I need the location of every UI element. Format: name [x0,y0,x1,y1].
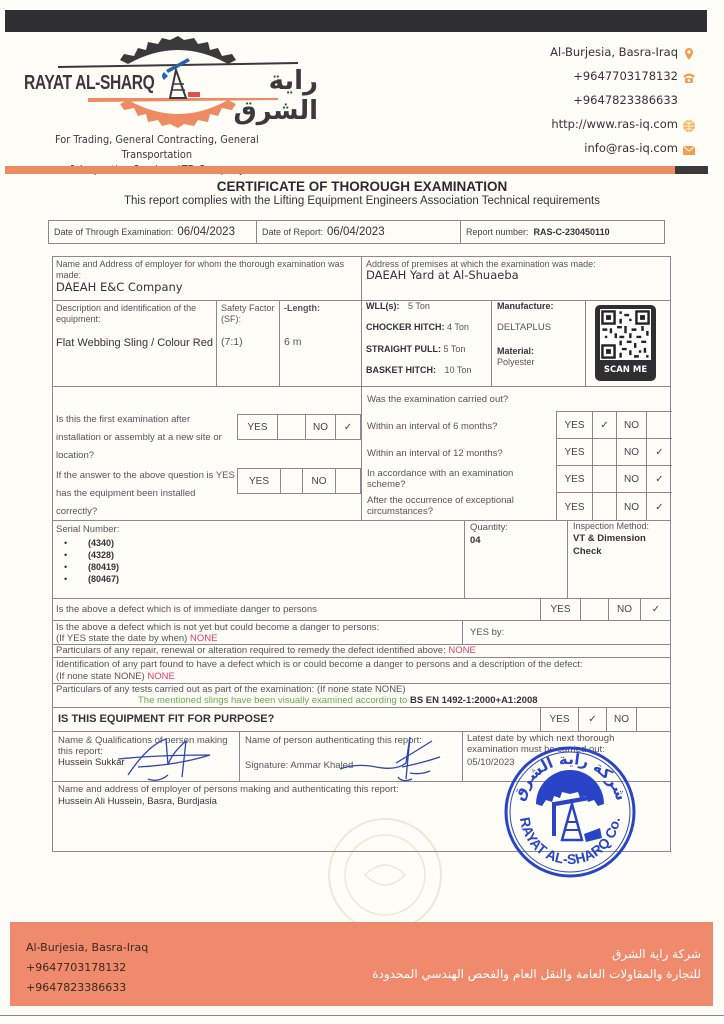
yes-checkbox[interactable]: ✓ [593,412,617,438]
yes-checkbox[interactable]: ✓ [579,707,607,731]
basket-row: BASKET HITCH: 10 Ton [366,365,471,376]
material-value: Polyester [497,357,535,368]
serial-item: •(4340) [64,537,119,549]
yes-label: YES [557,439,593,465]
equipment-description-label: Description and identification of the eq… [56,303,214,325]
date-table: Date of Through Examination: 06/04/2023 … [48,220,665,244]
serial-item: •(4328) [64,549,119,561]
repair-label: Particulars of any repair, renewal or al… [56,645,446,656]
tests-standard: BS EN 1492-1:2000+A1:2008 [410,695,538,706]
yes-label: YES [541,598,581,620]
fit-for-purpose-answer: YES ✓ NO [540,707,671,731]
no-label: NO [617,466,647,492]
future-danger-label: Is the above a defect which is not yet b… [56,622,379,633]
divider [491,300,492,386]
no-label: NO [303,469,336,493]
yes-label: YES [557,412,593,438]
yes-by-label: YES by: [470,627,504,638]
immediate-danger-label: Is the above a defect which is of immedi… [56,604,317,615]
serial-item: •(80419) [64,561,119,573]
yes-checkbox[interactable] [593,466,617,492]
future-danger-sub: (If YES state the date by when) NONE [56,633,217,644]
contact-phone-2[interactable]: +9647823386633 [550,88,696,112]
yes-checkbox[interactable] [581,598,609,620]
exam-date-cell: Date of Through Examination: 06/04/2023 [49,221,257,243]
yes-label: YES [238,469,281,493]
tests-row: The mentioned slings have been visually … [138,695,538,706]
divider [567,520,568,598]
embossed-seal-icon [325,815,445,935]
footer-ar-tagline: للتجارة والمقاولات العامة والنقل العام و… [372,964,701,984]
safety-factor-label: Safety Factor (SF): [221,303,277,325]
installed-correctly-answer: YES NO [237,468,361,494]
company-stamp-icon: شركة راية الشرق RAYAT AL-SHARQ Co. [502,744,638,880]
footer-arabic: شركة راية الشرق للتجارة والمقاولات العام… [372,944,701,984]
report-number-label: Report number: [466,227,529,237]
no-checkbox[interactable]: ✓ [336,415,360,439]
footer-band: Al-Burjesia, Basra-Iraq +9647703178132 +… [10,922,713,1006]
divider [216,300,217,386]
serial-value: (80419) [88,562,119,572]
manufacture-value: DELTAPLUS [497,322,551,333]
logo-text-ar: راية الشرق [206,66,318,126]
yes-label: YES [557,493,593,521]
question-6-months: Within an interval of 6 months? [367,421,497,432]
certificate-subtitle: This report complies with the Lifting Eq… [0,195,724,207]
footer-address: Al-Burjesia, Basra-Iraq [26,938,148,958]
question-exceptional: After the occurrence of exceptional circ… [367,495,547,517]
divider [52,386,671,387]
footer-phone-2[interactable]: +9647823386633 [26,978,148,998]
contact-block: Al-Burjesia, Basra-Iraq +9647703178132 +… [550,40,696,160]
question-exam-scheme: In accordance with an examination scheme… [367,468,547,490]
no-label: NO [617,439,647,465]
qr-label: SCAN ME [595,365,656,375]
address-text: Al-Burjesia, Basra-Iraq [550,40,678,64]
no-label: NO [617,493,647,521]
report-number-value: RAS-C-230450110 [534,227,610,237]
no-label: NO [609,598,641,620]
footer-ar-company: شركة راية الشرق [372,944,701,964]
quantity-label: Quantity: [470,522,508,533]
divider [462,731,463,781]
question-first-exam: Is this the first examination after inst… [56,411,236,465]
no-checkbox[interactable] [637,707,671,731]
report-date-cell: Date of Report: 06/04/2023 [257,221,461,243]
location-pin-icon [682,45,696,59]
future-danger-hint: (If YES state the date by when) [56,633,187,644]
serial-list: •(4340) •(4328) •(80419) •(80467) [64,537,119,585]
tests-label: Particulars of any tests carried out as … [56,684,406,695]
length-value: 6 m [284,337,302,348]
divider [52,657,671,658]
divider [462,620,463,644]
no-checkbox[interactable]: ✓ [647,493,672,521]
employer-label: Name and Address of employer for whom th… [56,259,356,281]
straight-value: 5 Ton [444,344,466,354]
employer-persons-label: Name and address of employer of persons … [58,784,399,795]
contact-phone-1[interactable]: +9647703178132 [550,64,696,88]
signature-maker [108,735,218,785]
answer-12-months: YES NO ✓ [556,438,672,466]
footer-contact: Al-Burjesia, Basra-Iraq +9647703178132 +… [26,938,148,998]
report-date-label: Date of Report: [262,227,323,237]
company-logo: RAYAT AL-SHARQ راية الشرق [18,36,318,126]
phone-2-text[interactable]: +9647823386633 [573,88,678,112]
website-link[interactable]: http://www.ras-iq.com [551,112,678,136]
spacer [682,93,696,107]
signature-authenticator [336,733,446,785]
inspection-method-label: Inspection Method: [573,521,649,532]
report-date-value: 06/04/2023 [327,226,385,238]
divider [464,520,465,598]
safety-factor-value: (7:1) [221,337,243,348]
divider [585,300,586,386]
exam-date-label: Date of Through Examination: [54,227,173,237]
equipment-description-value: Flat Webbing Sling / Colour Red [56,337,214,350]
carried-out-heading: Was the examination carried out? [367,394,508,405]
envelope-icon [682,141,696,155]
carried-out-answers: YES ✓ NO YES NO ✓ YES NO ✓ YES NO ✓ [556,411,671,520]
manufacture-label: Manufacture: [497,301,554,312]
contact-email[interactable]: info@ras-iq.com [550,136,696,160]
footer-phone-1[interactable]: +9647703178132 [26,958,148,978]
yes-label: YES [238,415,278,439]
wll-label: WLL(s): [366,301,400,311]
serial-label: Serial Number: [56,524,119,535]
fit-for-purpose-label: IS THIS EQUIPMENT FIT FOR PURPOSE? [58,713,274,726]
straight-row: STRAIGHT PULL: 5 Ton [366,344,465,355]
yes-label: YES [557,466,593,492]
no-label: NO [306,415,336,439]
choker-row: CHOCKER HITCH: 4 Ton [366,322,469,333]
no-checkbox[interactable] [336,469,360,493]
tests-value: The mentioned slings have been visually … [138,695,407,706]
divider [239,731,240,781]
identification-hint: (If none state NONE) [56,671,145,682]
yes-checkbox[interactable] [593,439,617,465]
qr-code-icon [600,309,651,360]
report-number-cell: Report number: RAS-C-230450110 [461,221,664,243]
future-danger-value: NONE [190,633,217,644]
divider [52,620,671,621]
no-label: NO [607,707,637,731]
repair-value: NONE [448,645,475,656]
repair-row: Particulars of any repair, renewal or al… [56,645,476,656]
immediate-danger-answer: YES NO ✓ [540,598,671,620]
yes-label: YES [541,707,579,731]
no-checkbox[interactable]: ✓ [647,439,672,465]
yes-checkbox[interactable] [281,469,303,493]
wll-value: 5 Ton [408,301,430,311]
answer-exceptional: YES NO ✓ [556,492,672,521]
footer-divider [0,1015,724,1016]
exam-date-value: 06/04/2023 [177,226,235,238]
inspection-method-value: VT & Dimension Check [573,533,668,558]
identification-sub: (If none state NONE) NONE [56,671,175,682]
divider [52,300,671,301]
no-checkbox[interactable] [647,412,672,438]
wll-row: WLL(s): 5 Ton [366,301,430,312]
no-checkbox[interactable]: ✓ [641,598,671,620]
question-installed-correctly: If the answer to the above question is Y… [56,467,236,521]
choker-label: CHOCKER HITCH: [366,322,445,332]
question-12-months: Within an interval of 12 months? [367,448,503,459]
straight-label: STRAIGHT PULL: [366,344,441,354]
contact-website[interactable]: http://www.ras-iq.com [550,112,696,136]
logo-text-en: RAYAT AL-SHARQ [24,72,154,95]
no-label: NO [617,412,647,438]
serial-value: (4340) [88,538,114,548]
material-label: Material: [497,346,534,357]
no-checkbox[interactable]: ✓ [647,466,672,492]
employer-value: DAEAH E&C Company [56,282,183,293]
globe-icon [682,117,696,131]
length-label: -Length: [284,303,320,314]
basket-value: 10 Ton [445,365,472,375]
header-dark-bar [5,10,707,32]
identification-value: NONE [147,671,174,682]
divider [52,731,671,732]
certificate-title: CERTIFICATE OF THOROUGH EXAMINATION [0,179,724,194]
premises-value: DAEAH Yard at Al-Shuaeba [366,270,519,281]
contact-address: Al-Burjesia, Basra-Iraq [550,40,696,64]
header-dark-tail [675,166,708,174]
answer-6-months: YES ✓ NO [556,411,672,439]
divider [279,300,280,386]
identification-label: Identification of any part found to have… [56,659,583,670]
serial-value: (80467) [88,574,119,584]
first-exam-answer: YES NO ✓ [237,414,361,440]
quantity-value: 04 [470,535,481,546]
serial-item: •(80467) [64,573,119,585]
serial-value: (4328) [88,550,114,560]
basket-label: BASKET HITCH: [366,365,436,375]
yes-checkbox[interactable] [278,415,306,439]
telephone-icon [682,69,696,83]
header-orange-bar [5,166,675,174]
tagline-line-1: For Trading, General Contracting, Genera… [22,133,292,163]
answer-exam-scheme: YES NO ✓ [556,465,672,493]
phone-1-text[interactable]: +9647703178132 [573,64,678,88]
email-link[interactable]: info@ras-iq.com [584,136,678,160]
choker-value: 4 Ton [447,322,469,332]
divider [361,256,362,520]
qr-code[interactable]: SCAN ME [595,305,656,381]
employer-persons-value: Hussein Ali Hussein, Basra, Burdjasia [58,796,217,807]
yes-checkbox[interactable] [593,493,617,521]
